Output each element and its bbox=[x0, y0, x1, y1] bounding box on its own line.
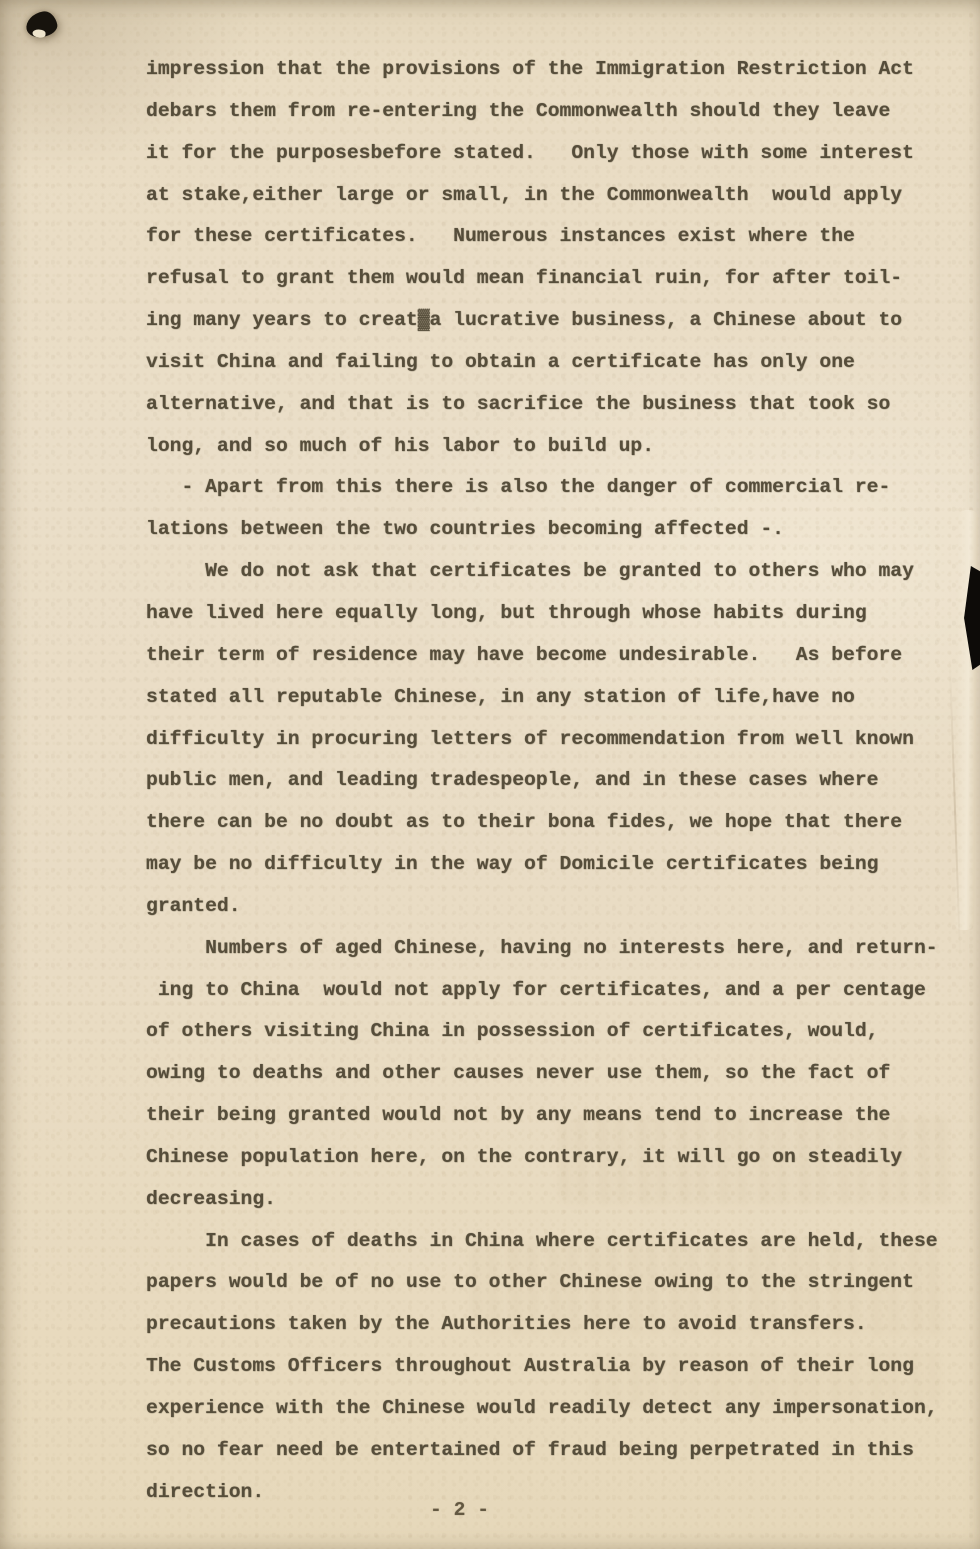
typed-line: We do not ask that certificates be grant… bbox=[146, 551, 966, 593]
typed-line: owing to deaths and other causes never u… bbox=[146, 1053, 966, 1095]
typed-line: impression that the provisions of the Im… bbox=[146, 49, 966, 91]
typed-line: In cases of deaths in China where certif… bbox=[146, 1221, 966, 1263]
typed-line: The Customs Officers throughout Australi… bbox=[146, 1346, 966, 1388]
typed-text-block: impression that the provisions of the Im… bbox=[146, 49, 966, 1514]
typed-line: Chinese population here, on the contrary… bbox=[146, 1137, 966, 1179]
typed-line: Numbers of aged Chinese, having no inter… bbox=[146, 928, 966, 970]
typed-line: for these certificates. Numerous instanc… bbox=[146, 216, 966, 258]
typed-line: may be no difficulty in the way of Domic… bbox=[146, 844, 966, 886]
hole-punch-ink-mark bbox=[24, 9, 59, 39]
typed-line: there can be no doubt as to their bona f… bbox=[146, 802, 966, 844]
typed-line: granted. bbox=[146, 886, 966, 928]
typed-line: difficulty in procuring letters of recom… bbox=[146, 719, 966, 761]
typed-line: long, and so much of his labor to build … bbox=[146, 426, 966, 468]
page-number: - 2 - bbox=[430, 1498, 489, 1522]
typed-line: debars them from re-entering the Commonw… bbox=[146, 91, 966, 133]
typed-line: at stake,either large or small, in the C… bbox=[146, 175, 966, 217]
typed-line: ing to China would not apply for certifi… bbox=[146, 970, 966, 1012]
typed-line: experience with the Chinese would readil… bbox=[146, 1388, 966, 1430]
typed-line: visit China and failing to obtain a cert… bbox=[146, 342, 966, 384]
typed-line: their being granted would not by any mea… bbox=[146, 1095, 966, 1137]
typed-line: stated all reputable Chinese, in any sta… bbox=[146, 677, 966, 719]
typed-line: it for the purposesbefore stated. Only t… bbox=[146, 133, 966, 175]
typed-line: alternative, and that is to sacrifice th… bbox=[146, 384, 966, 426]
typed-line: so no fear need be entertained of fraud … bbox=[146, 1430, 966, 1472]
typed-line: decreasing. bbox=[146, 1179, 966, 1221]
typed-line: refusal to grant them would mean financi… bbox=[146, 258, 966, 300]
typed-line: direction. bbox=[146, 1472, 966, 1514]
typed-line: of others visiting China in possession o… bbox=[146, 1011, 966, 1053]
typed-line: papers would be of no use to other Chine… bbox=[146, 1262, 966, 1304]
typed-line: their term of residence may have become … bbox=[146, 635, 966, 677]
typed-line: lations between the two countries becomi… bbox=[146, 509, 966, 551]
document-page: impression that the provisions of the Im… bbox=[0, 0, 980, 1549]
typed-line: ing many years to creat▓a lucrative busi… bbox=[146, 300, 966, 342]
typed-line: - Apart from this there is also the dang… bbox=[146, 467, 966, 509]
typed-line: precautions taken by the Authorities her… bbox=[146, 1304, 966, 1346]
typed-line: public men, and leading tradespeople, an… bbox=[146, 760, 966, 802]
typed-line: have lived here equally long, but throug… bbox=[146, 593, 966, 635]
